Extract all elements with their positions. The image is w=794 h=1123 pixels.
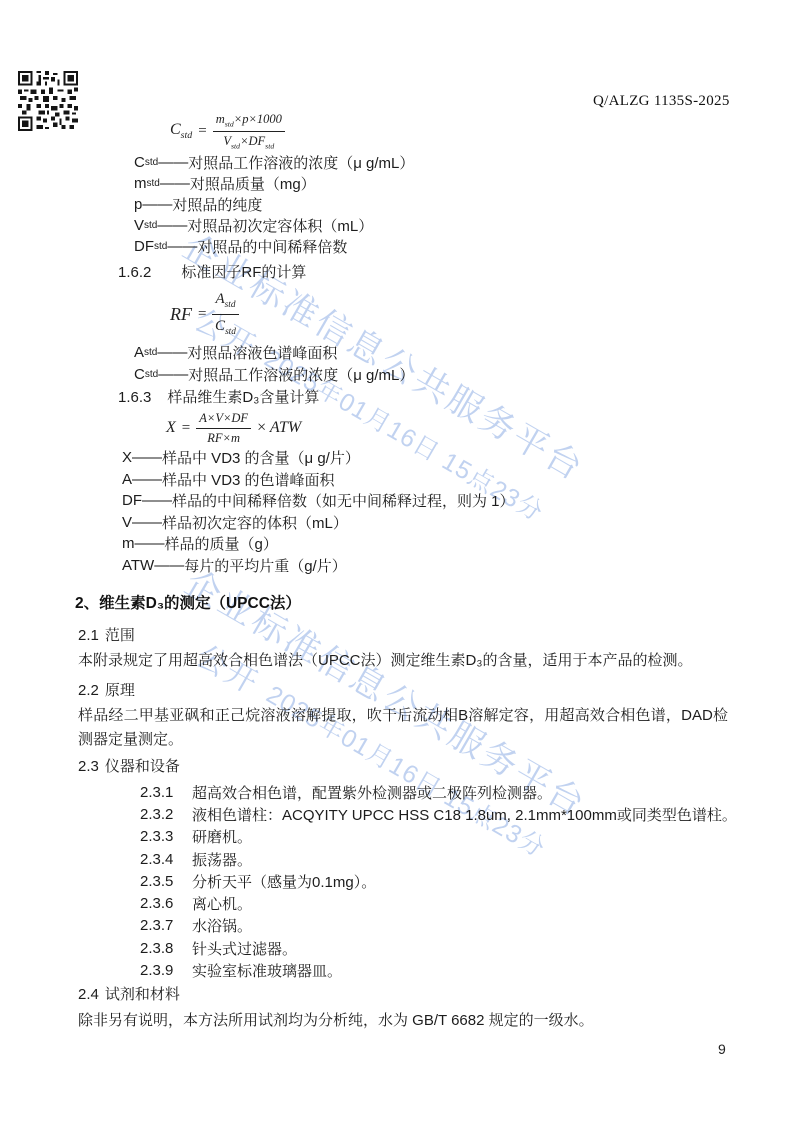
equipment-item-number: 2.3.1 [140, 784, 192, 801]
definition-desc: 样品中 VD3 的色谱峰面积 [162, 469, 335, 490]
standard-code-header: Q/ALZG 1135S-2025 [593, 93, 730, 110]
equipment-item: 2.3.4 振荡器。 [140, 848, 737, 870]
heading-title: 仪器和设备 [105, 755, 180, 776]
definition-symbol: DF [134, 238, 154, 255]
definition-item: A——样品中 VD3 的色谱峰面积 [122, 469, 515, 491]
equipment-item-text: 针头式过滤器。 [192, 938, 297, 959]
definition-dash: —— [157, 344, 187, 361]
formula-rf-lhs: RF [170, 304, 192, 325]
definition-item: Cstd——对照品工作溶液的浓度（μ g/mL） [134, 152, 414, 173]
equipment-item-text: 水浴锅。 [192, 915, 252, 936]
definition-desc: 样品的中间稀释倍数（如无中间稀释过程，则为 1） [172, 490, 515, 511]
definition-symbol-sub: std [147, 178, 160, 189]
definition-desc: 样品的质量（g） [165, 533, 278, 554]
definition-symbol: C [134, 366, 145, 383]
definition-item: m——样品的质量（g） [122, 533, 515, 555]
definition-dash: —— [160, 175, 190, 192]
equipment-item: 2.3.7 水浴锅。 [140, 915, 737, 937]
reagent-paragraph: 除非另有说明，本方法所用试剂均为分析纯，水为 GB/T 6682 规定的一级水。 [78, 1009, 726, 1033]
definition-item: Vstd——对照品初次定容体积（mL） [134, 215, 414, 236]
formula-x-lhs: X [166, 419, 176, 437]
equipment-item-text: 离心机。 [192, 893, 252, 914]
definition-item: DF——样品的中间稀释倍数（如无中间稀释过程，则为 1） [122, 490, 515, 512]
definition-dash: —— [157, 217, 187, 234]
equals-sign: = [182, 420, 190, 437]
heading-title: 试剂和材料 [105, 983, 180, 1004]
section-2-heading: 2、维生素D₃的测定（UPCC法） [75, 591, 301, 613]
heading-number: 1.6.3 [118, 389, 151, 406]
definition-item: Astd——对照品溶液色谱峰面积 [134, 341, 414, 363]
heading-title: 标准因子RF的计算 [181, 261, 306, 282]
equipment-item-text: 分析天平（感量为0.1mg）。 [192, 871, 376, 892]
definition-symbol: DF [122, 492, 142, 509]
definition-dash: —— [167, 238, 197, 255]
equipment-item-number: 2.3.9 [140, 962, 192, 979]
heading-number: 2.1 [78, 627, 99, 644]
equipment-list: 2.3.1 超高效合相色谱，配置紫外检测器或二极阵列检测器。 2.3.2 液相色… [140, 781, 737, 982]
equipment-item: 2.3.8 针头式过滤器。 [140, 937, 737, 959]
fraction-numerator: A×V×DF [196, 410, 251, 428]
equipment-item-number: 2.3.5 [140, 873, 192, 890]
heading-1-6-3: 1.6.3 样品维生素D₃含量计算 [118, 386, 319, 407]
fraction-numerator: Astd [212, 289, 238, 314]
section-2-4-heading: 2.4 试剂和材料 [78, 983, 180, 1004]
definition-item: X——样品中 VD3 的含量（μ g/片） [122, 447, 515, 469]
heading-1-6-2: 1.6.2 标准因子RF的计算 [118, 261, 306, 282]
definition-dash: —— [158, 366, 188, 383]
definition-item: ATW——每片的平均片重（g/片） [122, 555, 515, 577]
definition-desc: 对照品工作溶液的浓度（μ g/mL） [188, 364, 414, 385]
definition-list-rf: Astd——对照品溶液色谱峰面积 Cstd——对照品工作溶液的浓度（μ g/mL… [134, 341, 414, 385]
definition-desc: 对照品的纯度 [172, 194, 262, 215]
definition-symbol-sub: std [145, 369, 158, 380]
definition-desc: 样品初次定容的体积（mL） [162, 512, 348, 533]
fraction-denominator: Vstd×DFstd [223, 132, 274, 152]
equipment-item-number: 2.3.7 [140, 917, 192, 934]
heading-number: 2.3 [78, 758, 99, 775]
qr-code-icon [18, 71, 78, 131]
definition-dash: —— [142, 492, 172, 509]
equipment-item: 2.3.1 超高效合相色谱，配置紫外检测器或二极阵列检测器。 [140, 781, 737, 803]
heading-title: 样品维生素D₃含量计算 [167, 386, 319, 407]
equipment-item-number: 2.3.4 [140, 851, 192, 868]
equipment-item-text: 实验室标准玻璃器皿。 [192, 960, 342, 981]
equipment-item-text: 研磨机。 [192, 826, 252, 847]
definition-symbol: m [122, 535, 135, 552]
definition-symbol-sub: std [154, 241, 167, 252]
formula-rf: RF = Astd Cstd [170, 286, 239, 342]
definition-symbol-sub: std [144, 220, 157, 231]
definition-symbol: V [122, 514, 132, 531]
definition-dash: —— [132, 471, 162, 488]
definition-dash: —— [132, 514, 162, 531]
formula-rf-fraction: Astd Cstd [212, 289, 238, 339]
document-page: 企业标准信息公共服务平台 公开 2025年01月16日 15点23分 企业标准信… [0, 0, 794, 1123]
definition-symbol: V [134, 217, 144, 234]
equipment-item-text: 超高效合相色谱，配置紫外检测器或二极阵列检测器。 [192, 782, 552, 803]
definition-item: Cstd——对照品工作溶液的浓度（μ g/mL） [134, 363, 414, 385]
definition-symbol-sub: std [144, 347, 157, 358]
equipment-item: 2.3.5 分析天平（感量为0.1mg）。 [140, 870, 737, 892]
definition-symbol-sub: std [145, 157, 158, 168]
definition-dash: —— [158, 154, 188, 171]
principle-paragraph: 样品经二甲基亚砜和正己烷溶液溶解提取，吹干后流动相B溶解定容，用超高效合相色谱，… [78, 704, 728, 752]
definition-item: V——样品初次定容的体积（mL） [122, 512, 515, 534]
definition-desc: 样品中 VD3 的含量（μ g/片） [162, 447, 360, 468]
definition-desc: 对照品质量（mg） [190, 173, 316, 194]
fraction-denominator: RF×m [207, 429, 240, 446]
section-2-1-heading: 2.1 范围 [78, 624, 135, 645]
definition-dash: —— [154, 557, 184, 574]
definition-dash: —— [135, 535, 165, 552]
definition-symbol: m [134, 175, 147, 192]
qr-code-graphic [18, 71, 78, 131]
fraction-denominator: Cstd [215, 315, 236, 339]
formula-cstd-fraction: mstd×p×1000 Vstd×DFstd [213, 111, 285, 151]
page-number: 9 [718, 1041, 726, 1057]
definition-list-cstd: Cstd——对照品工作溶液的浓度（μ g/mL） mstd——对照品质量（mg）… [134, 152, 414, 257]
heading-title: 范围 [105, 624, 135, 645]
definition-symbol: A [134, 344, 144, 361]
definition-desc: 对照品工作溶液的浓度（μ g/mL） [188, 152, 414, 173]
formula-x-fraction: A×V×DF RF×m [196, 410, 251, 446]
heading-number: 2.2 [78, 682, 99, 699]
formula-x-tail: × ATW [257, 419, 301, 437]
definition-item: DFstd——对照品的中间稀释倍数 [134, 236, 414, 257]
section-2-2-heading: 2.2 原理 [78, 679, 135, 700]
formula-cstd: Cstd = mstd×p×1000 Vstd×DFstd [170, 110, 285, 152]
equipment-item: 2.3.6 离心机。 [140, 892, 737, 914]
equipment-item-number: 2.3.3 [140, 828, 192, 845]
definition-item: mstd——对照品质量（mg） [134, 173, 414, 194]
section-2-3-heading: 2.3 仪器和设备 [78, 755, 180, 776]
equipment-item-number: 2.3.8 [140, 940, 192, 957]
definition-symbol: ATW [122, 557, 154, 574]
heading-number: 2.4 [78, 986, 99, 1003]
definition-item: p——对照品的纯度 [134, 194, 414, 215]
definition-desc: 对照品初次定容体积（mL） [187, 215, 373, 236]
equipment-item: 2.3.2 液相色谱柱：ACQYITY UPCC HSS C18 1.8um, … [140, 803, 737, 825]
equipment-item-number: 2.3.2 [140, 806, 192, 823]
equipment-item-number: 2.3.6 [140, 895, 192, 912]
heading-number: 1.6.2 [118, 264, 151, 281]
definition-symbol: C [134, 154, 145, 171]
equipment-item-text: 振荡器。 [192, 849, 252, 870]
definition-symbol: A [122, 471, 132, 488]
equals-sign: = [198, 306, 206, 323]
definition-symbol: p [134, 196, 142, 213]
scope-paragraph: 本附录规定了用超高效合相色谱法（UPCC法）测定维生素D₃的含量，适用于本产品的… [78, 649, 726, 673]
definition-dash: —— [132, 449, 162, 466]
equipment-item: 2.3.9 实验室标准玻璃器皿。 [140, 959, 737, 981]
definition-desc: 对照品的中间稀释倍数 [197, 236, 347, 257]
equipment-item-text: 液相色谱柱：ACQYITY UPCC HSS C18 1.8um, 2.1mm*… [192, 804, 737, 825]
formula-x: X = A×V×DF RF×m × ATW [166, 408, 301, 448]
definition-list-x: X——样品中 VD3 的含量（μ g/片） A——样品中 VD3 的色谱峰面积 … [122, 447, 515, 576]
definition-symbol: X [122, 449, 132, 466]
definition-desc: 对照品溶液色谱峰面积 [187, 342, 337, 363]
fraction-numerator: mstd×p×1000 [213, 111, 285, 132]
definition-desc: 每片的平均片重（g/片） [184, 555, 347, 576]
equals-sign: = [198, 123, 206, 140]
formula-cstd-lhs: Cstd [170, 121, 192, 141]
equipment-item: 2.3.3 研磨机。 [140, 826, 737, 848]
definition-dash: —— [142, 196, 172, 213]
heading-title: 原理 [105, 679, 135, 700]
